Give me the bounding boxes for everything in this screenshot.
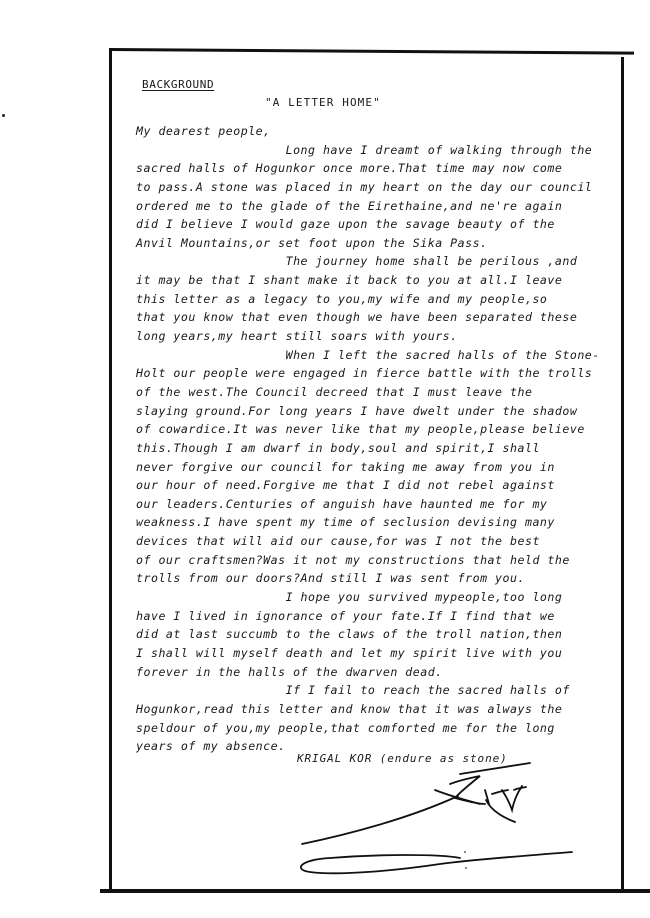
letter-title: "A LETTER HOME" — [265, 96, 381, 109]
letter-line: weakness.I have spent my time of seclusi… — [136, 513, 600, 532]
letter-line: I hope you survived mypeople,too long — [136, 588, 600, 607]
page-border-left — [109, 48, 112, 891]
letter-line: did I believe I would gaze upon the sava… — [136, 215, 600, 234]
letter-line: trolls from our doors?And still I was se… — [136, 569, 600, 588]
letter-page: BACKGROUND "A LETTER HOME" My dearest pe… — [0, 0, 650, 918]
letter-line: ordered me to the glade of the Eirethain… — [136, 197, 600, 216]
letter-line: Anvil Mountains,or set foot upon the Sik… — [136, 234, 600, 253]
letter-line: this letter as a legacy to you,my wife a… — [136, 290, 600, 309]
letter-line: When I left the sacred halls of the Ston… — [136, 346, 600, 365]
letter-line: it may be that I shant make it back to y… — [136, 271, 600, 290]
letter-body: My dearest people, Long have I dreamt of… — [136, 122, 600, 756]
letter-line: If I fail to reach the sacred halls of — [136, 681, 600, 700]
letter-line: Long have I dreamt of walking through th… — [136, 141, 600, 160]
letter-line: our hour of need.Forgive me that I did n… — [136, 476, 600, 495]
letter-line: My dearest people, — [136, 122, 600, 141]
letter-line: slaying ground.For long years I have dwe… — [136, 402, 600, 421]
page-border-top — [110, 48, 634, 55]
handwritten-signature — [280, 760, 650, 910]
letter-line: did at last succumb to the claws of the … — [136, 625, 600, 644]
letter-line: I shall will myself death and let my spi… — [136, 644, 600, 663]
letter-line: Holt our people were engaged in fierce b… — [136, 364, 600, 383]
letter-line: this.Though I am dwarf in body,soul and … — [136, 439, 600, 458]
letter-line: forever in the halls of the dwarven dead… — [136, 663, 600, 682]
letter-line: to pass.A stone was placed in my heart o… — [136, 178, 600, 197]
letter-line: never forgive our council for taking me … — [136, 458, 600, 477]
letter-line: our leaders.Centuries of anguish have ha… — [136, 495, 600, 514]
letter-line: long years,my heart still soars with you… — [136, 327, 600, 346]
letter-line: The journey home shall be perilous ,and — [136, 252, 600, 271]
section-label: BACKGROUND — [142, 78, 214, 91]
letter-line: of our craftsmen?Was it not my construct… — [136, 551, 600, 570]
letter-line: of the west.The Council decreed that I m… — [136, 383, 600, 402]
letter-line: Hogunkor,read this letter and know that … — [136, 700, 600, 719]
letter-line: speldour of you,my people,that comforted… — [136, 719, 600, 738]
letter-line: devices that will aid our cause,for was … — [136, 532, 600, 551]
letter-line: of cowardice.It was never like that my p… — [136, 420, 600, 439]
letter-line: have I lived in ignorance of your fate.I… — [136, 607, 600, 626]
scan-speck — [2, 114, 5, 117]
letter-line: sacred halls of Hogunkor once more.That … — [136, 159, 600, 178]
letter-line: that you know that even though we have b… — [136, 308, 600, 327]
